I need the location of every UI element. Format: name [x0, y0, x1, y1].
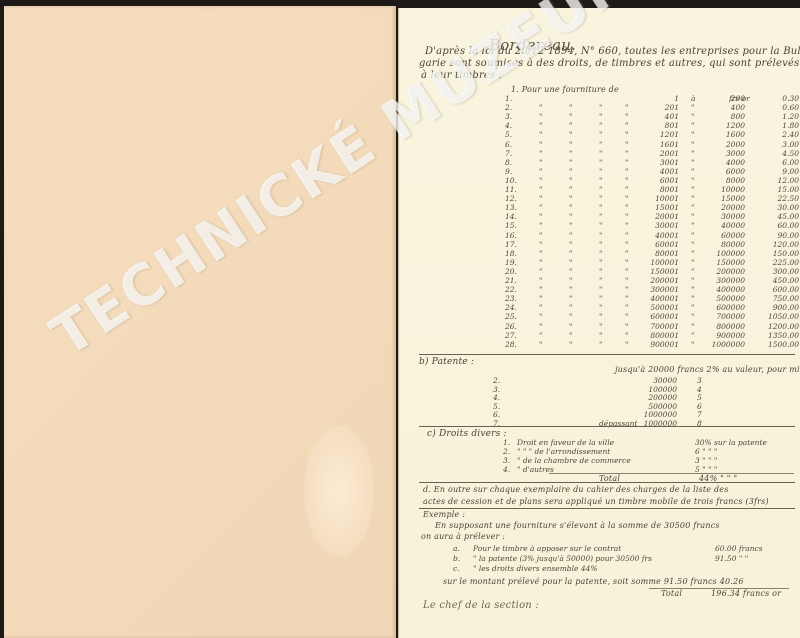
row-number: 2.	[503, 447, 510, 456]
item-key: c.	[453, 564, 460, 573]
ditto-mark: "	[569, 312, 572, 321]
ditto-mark: "	[569, 231, 572, 240]
row-number: 3.	[505, 112, 512, 121]
ditto-mark: "	[599, 203, 602, 212]
between-word: "	[691, 203, 694, 212]
stamp-amount: 600.00	[761, 285, 799, 294]
ditto-mark: "	[569, 121, 572, 130]
ditto-mark: "	[599, 303, 602, 312]
stamp-amount: 0.30	[761, 94, 799, 103]
item-value: 60.00 francs	[715, 544, 763, 553]
ditto-mark: "	[599, 258, 602, 267]
range-from: 200001	[637, 276, 679, 285]
ditto-mark: "	[625, 140, 628, 149]
ditto-mark: "	[599, 312, 602, 321]
range-to: 100000	[699, 249, 745, 258]
ditto-mark: "	[539, 221, 542, 230]
ditto-mark: "	[625, 158, 628, 167]
item-value: 91.50 " "	[715, 554, 748, 563]
row-number: 16.	[505, 231, 517, 240]
row-number: 24.	[505, 303, 517, 312]
ditto-mark: "	[625, 212, 628, 221]
ditto-mark: "	[625, 121, 628, 130]
row-number: 14.	[505, 212, 517, 221]
intro-line-1: D'après la loi du 20/12 1894, N° 660, to…	[425, 46, 800, 57]
range-to: 6000	[699, 167, 745, 176]
ditto-mark: "	[539, 112, 542, 121]
row-number: 1.	[505, 94, 512, 103]
between-word: "	[691, 331, 694, 340]
range-from: 60001	[637, 240, 679, 249]
ditto-mark: "	[625, 331, 628, 340]
range-to: 3000	[699, 149, 745, 158]
row-number: 9.	[505, 167, 512, 176]
ditto-mark: "	[599, 112, 602, 121]
row-number: 26.	[505, 322, 517, 331]
range-from: 80001	[637, 249, 679, 258]
between-word: "	[691, 249, 694, 258]
between-word: "	[691, 112, 694, 121]
range-from: 500001	[637, 303, 679, 312]
range-from: 400001	[637, 294, 679, 303]
ditto-mark: "	[569, 267, 572, 276]
between-word: "	[691, 340, 694, 349]
row-number: 19.	[505, 258, 517, 267]
ditto-mark: "	[625, 285, 628, 294]
total-line	[549, 473, 794, 474]
ditto-mark: "	[625, 258, 628, 267]
range-to: 200000	[699, 267, 745, 276]
ditto-mark: "	[539, 203, 542, 212]
duty-value: 3 " " "	[695, 456, 717, 465]
range-to: 800000	[699, 322, 745, 331]
stamp-amount: 1050.00	[761, 312, 799, 321]
example-heading: Exemple :	[423, 510, 465, 519]
section-b-label: b) Patente :	[419, 357, 474, 367]
ditto-mark: "	[539, 194, 542, 203]
ditto-mark: "	[625, 130, 628, 139]
ditto-mark: "	[599, 340, 602, 349]
ditto-mark: "	[539, 121, 542, 130]
ditto-mark: "	[539, 103, 542, 112]
ditto-mark: "	[539, 340, 542, 349]
ditto-mark: "	[599, 121, 602, 130]
range-from: 150001	[637, 267, 679, 276]
stamp-amount: 750.00	[761, 294, 799, 303]
range-from: 1201	[637, 130, 679, 139]
ditto-mark: "	[625, 240, 628, 249]
ditto-mark: "	[569, 340, 572, 349]
paper-stain	[304, 426, 374, 556]
row-number: 11.	[505, 185, 517, 194]
ditto-mark: "	[625, 231, 628, 240]
range-to: 80000	[699, 240, 745, 249]
range-from: 300001	[637, 285, 679, 294]
ditto-mark: "	[569, 194, 572, 203]
ditto-mark: "	[625, 203, 628, 212]
ditto-mark: "	[539, 303, 542, 312]
ditto-mark: "	[625, 340, 628, 349]
ditto-mark: "	[539, 149, 542, 158]
ditto-mark: "	[625, 276, 628, 285]
between-word: "	[691, 194, 694, 203]
ditto-mark: "	[569, 285, 572, 294]
ditto-mark: "	[539, 130, 542, 139]
ditto-mark: "	[569, 176, 572, 185]
divider-line	[419, 426, 795, 427]
ditto-mark: "	[599, 276, 602, 285]
stamp-amount: 60.00	[761, 221, 799, 230]
row-number: 13.	[505, 203, 517, 212]
stamp-amount: 45.00	[761, 212, 799, 221]
range-from: 15001	[637, 203, 679, 212]
ditto-mark: "	[569, 103, 572, 112]
range-from: 100001	[637, 258, 679, 267]
ditto-mark: "	[569, 212, 572, 221]
row-number: 25.	[505, 312, 517, 321]
intro-line-2: garie sont soumises à des droits, de tim…	[419, 58, 799, 69]
ditto-mark: "	[539, 322, 542, 331]
left-page-blank	[4, 6, 396, 638]
between-word: "	[691, 130, 694, 139]
item-key: a.	[453, 544, 460, 553]
ditto-mark: "	[625, 221, 628, 230]
range-from: 2001	[637, 149, 679, 158]
between-word: "	[691, 322, 694, 331]
between-word: "	[691, 212, 694, 221]
ditto-mark: "	[569, 140, 572, 149]
ditto-mark: "	[599, 185, 602, 194]
ditto-mark: "	[539, 294, 542, 303]
stamp-amount: 12.00	[761, 176, 799, 185]
intro-line-3: à leur timbres :	[421, 70, 502, 81]
row-number: 2.	[505, 103, 512, 112]
ditto-mark: "	[539, 176, 542, 185]
range-to: 500000	[699, 294, 745, 303]
ditto-mark: "	[539, 185, 542, 194]
range-from: 800001	[637, 331, 679, 340]
ditto-mark: "	[569, 158, 572, 167]
between-word: "	[691, 312, 694, 321]
range-from: 4001	[637, 167, 679, 176]
ditto-mark: "	[599, 294, 602, 303]
range-from: 1601	[637, 140, 679, 149]
range-to: 15000	[699, 194, 745, 203]
ditto-mark: "	[599, 158, 602, 167]
range-from: 600001	[637, 312, 679, 321]
ditto-mark: "	[599, 221, 602, 230]
ditto-mark: "	[625, 267, 628, 276]
between-word: "	[691, 285, 694, 294]
ditto-mark: "	[569, 322, 572, 331]
duty-description: Droit en faveur de la ville	[517, 438, 614, 447]
divider-line	[419, 482, 795, 483]
range-from: 20001	[637, 212, 679, 221]
ditto-mark: "	[625, 112, 628, 121]
ditto-mark: "	[569, 221, 572, 230]
example-last-line: sur le montant prélevé pour la patente, …	[443, 577, 744, 586]
ditto-mark: "	[599, 212, 602, 221]
stamp-amount: 120.00	[761, 240, 799, 249]
ditto-mark: "	[569, 303, 572, 312]
between-word: "	[691, 185, 694, 194]
row-number: 7.	[505, 149, 512, 158]
row-number: 5.	[505, 130, 512, 139]
range-from: 30001	[637, 221, 679, 230]
right-page-bordereau: Bordereau. D'après la loi du 20/12 1894,…	[398, 8, 800, 638]
ditto-mark: "	[599, 267, 602, 276]
between-word: "	[691, 258, 694, 267]
range-to: 400000	[699, 285, 745, 294]
ditto-mark: "	[599, 167, 602, 176]
row-number: 6.	[505, 140, 512, 149]
ditto-mark: "	[569, 203, 572, 212]
row-number: 12.	[505, 194, 517, 203]
ditto-mark: "	[599, 103, 602, 112]
ditto-mark: "	[539, 167, 542, 176]
ditto-mark: "	[625, 303, 628, 312]
item-text: Pour le timbre à apposer sur le contrat	[473, 544, 621, 553]
stamp-amount: 1.20	[761, 112, 799, 121]
ditto-mark: "	[599, 322, 602, 331]
between-word: "	[691, 240, 694, 249]
ditto-mark: "	[625, 294, 628, 303]
range-from: 3001	[637, 158, 679, 167]
ditto-mark: "	[539, 331, 542, 340]
ditto-mark: "	[569, 276, 572, 285]
stamp-amount: 6.00	[761, 158, 799, 167]
currency-unit: frs or	[729, 94, 750, 103]
row-number: 21.	[505, 276, 517, 285]
ditto-mark: "	[569, 167, 572, 176]
ditto-mark: "	[539, 240, 542, 249]
between-word: "	[691, 158, 694, 167]
ditto-mark: "	[569, 294, 572, 303]
range-to: 20000	[699, 203, 745, 212]
ditto-mark: "	[599, 194, 602, 203]
range-to: 60000	[699, 231, 745, 240]
duty-description: " de la chambre de commerce	[517, 456, 631, 465]
ditto-mark: "	[569, 130, 572, 139]
row-number: 18.	[505, 249, 517, 258]
ditto-mark: "	[599, 285, 602, 294]
row-number: 3.	[503, 456, 510, 465]
ditto-mark: "	[539, 276, 542, 285]
stamp-amount: 150.00	[761, 249, 799, 258]
duty-value: 6 " " "	[695, 447, 717, 456]
between-word: "	[691, 231, 694, 240]
range-to: 600000	[699, 303, 745, 312]
range-to: 1600	[699, 130, 745, 139]
range-to: 150000	[699, 258, 745, 267]
between-word: à	[691, 94, 695, 103]
ditto-mark: "	[599, 149, 602, 158]
stamp-amount: 450.00	[761, 276, 799, 285]
range-to: 30000	[699, 212, 745, 221]
range-from: 900001	[637, 340, 679, 349]
item-text: " les droits divers ensemble 44%	[473, 564, 598, 573]
range-to: 300000	[699, 276, 745, 285]
stamp-amount: 300.00	[761, 267, 799, 276]
ditto-mark: "	[625, 149, 628, 158]
row-number: 4.	[503, 465, 510, 474]
ditto-mark: "	[625, 185, 628, 194]
stamp-amount: 0.60	[761, 103, 799, 112]
between-word: "	[691, 267, 694, 276]
row-number: 4.	[505, 121, 512, 130]
ditto-mark: "	[569, 112, 572, 121]
stamp-amount: 225.00	[761, 258, 799, 267]
between-word: "	[691, 294, 694, 303]
ditto-mark: "	[539, 212, 542, 221]
ditto-mark: "	[569, 149, 572, 158]
ditto-mark: "	[539, 140, 542, 149]
range-from: 801	[637, 121, 679, 130]
example-total-label: Total	[661, 589, 682, 598]
item-key: b.	[453, 554, 460, 563]
between-word: "	[691, 303, 694, 312]
range-to: 4000	[699, 158, 745, 167]
section-d-line-1: d. En outre sur chaque exemplaire du cah…	[423, 485, 729, 494]
table-row: 7.dépassant10000008	[399, 419, 800, 430]
range-to: 2000	[699, 140, 745, 149]
ditto-mark: "	[599, 130, 602, 139]
row-number: 8.	[505, 158, 512, 167]
range-from: 700001	[637, 322, 679, 331]
duty-description: " " " de l'arrondissement	[517, 447, 610, 456]
ditto-mark: "	[599, 331, 602, 340]
example-line-1: En supposant une fourniture s'élevant à …	[435, 521, 720, 530]
section-d-line-2: actes de cession et de plans sera appliq…	[423, 497, 769, 506]
duty-value: 30% sur la patente	[695, 438, 767, 447]
ditto-mark: "	[539, 231, 542, 240]
stamp-amount: 9.00	[761, 167, 799, 176]
between-word: "	[691, 140, 694, 149]
ditto-mark: "	[539, 258, 542, 267]
range-from: 10001	[637, 194, 679, 203]
row-number: 15.	[505, 221, 517, 230]
ditto-mark: "	[625, 176, 628, 185]
row-number: 1.	[503, 438, 510, 447]
stamp-amount: 1.80	[761, 121, 799, 130]
range-to: 8000	[699, 176, 745, 185]
ditto-mark: "	[625, 312, 628, 321]
between-word: "	[691, 149, 694, 158]
stamp-amount: 1500.00	[761, 340, 799, 349]
ditto-mark: "	[625, 194, 628, 203]
between-word: "	[691, 167, 694, 176]
stamp-amount: 30.00	[761, 203, 799, 212]
row-number: 20.	[505, 267, 517, 276]
ditto-mark: "	[569, 240, 572, 249]
ditto-mark: "	[599, 140, 602, 149]
stamp-amount: 15.00	[761, 185, 799, 194]
range-from: 401	[637, 112, 679, 121]
range-from: 201	[637, 103, 679, 112]
ditto-mark: "	[569, 258, 572, 267]
range-from: 8001	[637, 185, 679, 194]
between-word: "	[691, 276, 694, 285]
ditto-mark: "	[539, 249, 542, 258]
range-from: 1	[637, 94, 679, 103]
ditto-mark: "	[599, 231, 602, 240]
row-number: 17.	[505, 240, 517, 249]
ditto-mark: "	[599, 240, 602, 249]
table-row: 28.90000110000001500.00"""""	[399, 340, 800, 351]
ditto-mark: "	[625, 322, 628, 331]
row-number: 27.	[505, 331, 517, 340]
example-total-value: 196.34 francs or	[711, 589, 781, 598]
ditto-mark: "	[599, 176, 602, 185]
between-word: "	[691, 121, 694, 130]
stamp-amount: 1200.00	[761, 322, 799, 331]
ditto-mark: "	[625, 103, 628, 112]
between-word: "	[691, 221, 694, 230]
item-text: " la patente (3% jusqu'à 50000) pour 305…	[473, 554, 652, 563]
between-word: "	[691, 176, 694, 185]
stamp-amount: 3.00	[761, 140, 799, 149]
stamp-amount: 90.00	[761, 231, 799, 240]
ditto-mark: "	[625, 167, 628, 176]
ditto-mark: "	[539, 158, 542, 167]
ditto-mark: "	[569, 249, 572, 258]
stamp-amount: 1350.00	[761, 331, 799, 340]
stamp-amount: 22.50	[761, 194, 799, 203]
ditto-mark: "	[539, 312, 542, 321]
example-line-2: on aura à prélever :	[421, 532, 505, 541]
ditto-mark: "	[569, 185, 572, 194]
ditto-mark: "	[569, 331, 572, 340]
divider-line	[419, 508, 795, 509]
range-from: 6001	[637, 176, 679, 185]
example-item: c." les droits divers ensemble 44%	[399, 564, 800, 575]
row-number: 22.	[505, 285, 517, 294]
range-to: 40000	[699, 221, 745, 230]
range-to: 1000000	[699, 340, 745, 349]
signature-line: Le chef de la section :	[423, 600, 539, 611]
ditto-mark: "	[539, 267, 542, 276]
range-to: 900000	[699, 331, 745, 340]
section-b-first-line: jusqu'à 20000 francs 2% au valeur, pour …	[615, 365, 800, 374]
ditto-mark: "	[539, 285, 542, 294]
section-a-label: 1. Pour une fourniture de	[511, 85, 619, 94]
range-to: 1200	[699, 121, 745, 130]
range-to: 10000	[699, 185, 745, 194]
between-word: "	[691, 103, 694, 112]
row-number: 23.	[505, 294, 517, 303]
ditto-mark: "	[625, 249, 628, 258]
range-to: 700000	[699, 312, 745, 321]
row-number: 28.	[505, 340, 517, 349]
range-to: 400	[699, 103, 745, 112]
divider-line	[419, 354, 795, 355]
stamp-amount: 2.40	[761, 130, 799, 139]
ditto-mark: "	[599, 249, 602, 258]
range-from: 40001	[637, 231, 679, 240]
stamp-amount: 900.00	[761, 303, 799, 312]
row-number: 10.	[505, 176, 517, 185]
stamp-amount: 4.50	[761, 149, 799, 158]
range-to: 800	[699, 112, 745, 121]
